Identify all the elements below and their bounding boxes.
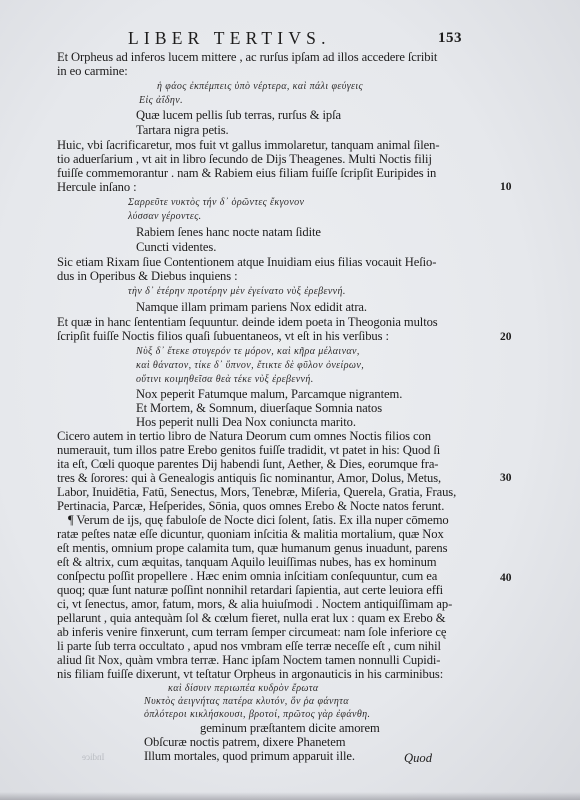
greek-verse-line: Νυκτὸς ἀειγνήτας πατέρα κλυτόν, ὅν ῥα φά… [144,695,349,709]
verse-line: Obſcuræ noctis patrem, dixere Phanetem [144,735,346,749]
line-number: 10 [500,181,512,193]
text-line: Labor, Inuidētia, Fatū, Senectus, Mors, … [57,485,456,499]
text-line: Hercule inſano : [57,180,137,194]
greek-verse-line: τὴν δ᾽ ἑτέρην προτέρην μὲν ἐγείνατο νὺξ … [128,285,346,299]
book-page: LIBER TERTIVS. 153 Et Orpheus ad inferos… [0,0,580,800]
verse-line: Nox peperit Fatumque malum, Parcamque ni… [136,387,402,401]
greek-verse-line: Σαρρεῦτε νυκτὸς τήν δ᾽ ὁρῶντες ἔκγονον [128,196,304,210]
text-line: ratæ peſtes natæ eſſe dicuntur, quoniam … [57,527,444,541]
greek-verse-line: Νὺξ δ᾽ ἔτεκε στυγερόν τε μόρον, καὶ κῆρα… [136,345,360,359]
verse-line: Illum mortales, quod primum apparuit ill… [144,749,355,763]
line-number: 30 [500,472,512,484]
page-number: 153 [438,30,462,47]
greek-verse-line: ἡ φάος ἐκπέμπεις ὑπὸ νέρτερα, καὶ πάλι φ… [157,80,363,94]
text-line: conſpectu poſſit propellere . Hæc enim o… [57,569,437,583]
greek-verse-line: Εἰς ἀΐδην. [139,94,183,108]
greek-verse-line: λύσσαν γέροντες. [128,210,202,224]
text-line: eſt & altrix, cum æquitas, tanquam Aquil… [57,555,436,569]
line-number: 20 [500,331,512,343]
text-line: fuiſſe commemorantur . nam & Rabiem eius… [57,166,436,180]
text-line: li parte ſub terra occultato , apud nos … [57,639,441,653]
text-line: ſcripſit fuiſſe Noctis filios quaſi ſubu… [57,329,389,343]
line-number: 40 [500,572,512,584]
text-line: numerauit, tum illos patre Erebo genitos… [57,443,440,457]
verse-line: Et Mortem, & Somnum, diuerſaque Somnia n… [136,401,382,415]
text-line: dus in Operibus & Diebus inquiens : [57,269,238,283]
greek-verse-line: καὶ θάνατον, τίκε δ᾽ ὕπνον, ἔτικτε δὲ φῦ… [136,359,364,373]
text-line: Pertinacia, Parcæ, Heſperides, Sōnia, qu… [57,499,444,513]
greek-verse-line: ὁπλότεροι κικλήσκουσι, βροτοί, πρῶτος γὰ… [144,708,370,722]
verse-line: Tartara nigra petis. [136,123,229,137]
text-line: eſt mentis, omnium prope calamita tum, q… [57,541,447,555]
text-line: Et quæ in hanc ſententiam ſequuntur. dei… [57,315,438,329]
text-line: aliud ſit Nox, quàm vmbra terræ. Hanc ip… [57,653,440,667]
text-line: quoq; quæ ſunt naturæ poſſint nonnihil r… [57,583,443,597]
text-line: nis filiam fuiſſe dixerunt, vt teſtatur … [57,667,443,681]
text-line: ab inferis venire finxerunt, cum terram … [57,625,446,639]
text-line: Sic etiam Rixam ſiue Contentionem atque … [57,255,436,269]
text-line: tres & ſorores: qui à Genealogis antiqui… [57,471,441,485]
greek-verse-line: καὶ δίσυιν περιωπέα κυδρὸν ἔρωτα [168,682,319,696]
verse-line: Cuncti videntes. [136,240,216,254]
running-title: LIBER TERTIVS. [128,28,468,49]
greek-verse-line: οὔτινι κοιμηθεῖσα θεὰ τέκε νὺξ ἐρεβεννή. [136,373,314,387]
verse-line: Quæ lucem pellis ſub terras, rurſus & ip… [136,108,341,122]
text-line: ita eſt, Cœli quoque parentes Dij habend… [57,457,438,471]
text-line: tio aduerſarium , vt ait in libro ſecund… [57,152,432,166]
verse-line: Hos peperit nulli Dea Nox coniuncta mari… [136,415,356,429]
text-line: Et Orpheus ad inferos lucem mittere , ac… [57,50,437,64]
text-line: Huic, vbi ſacrificaretur, mos fuit vt ga… [57,138,439,152]
text-line: ¶ Verum de ijs, quę fabuloſe de Nocte di… [68,513,449,527]
text-line: in eo carmine: [57,64,128,78]
text-line: pellarunt , quia antequàm ſol & cœlum fi… [57,611,445,625]
verse-line: Rabiem ſenes hanc nocte natam ſidite [136,225,321,239]
text-line: Cicero autem in tertio libro de Natura D… [57,429,431,443]
verse-line: geminum præſtantem dicite amorem [200,721,380,735]
catchword: Quod [404,751,432,766]
text-line: ci, vt ſenectus, amor, fatum, mors, & al… [57,597,452,611]
verse-line: Namque illam primam pariens Nox edidit a… [136,300,367,314]
bleedthrough-text: Indice [82,752,105,762]
